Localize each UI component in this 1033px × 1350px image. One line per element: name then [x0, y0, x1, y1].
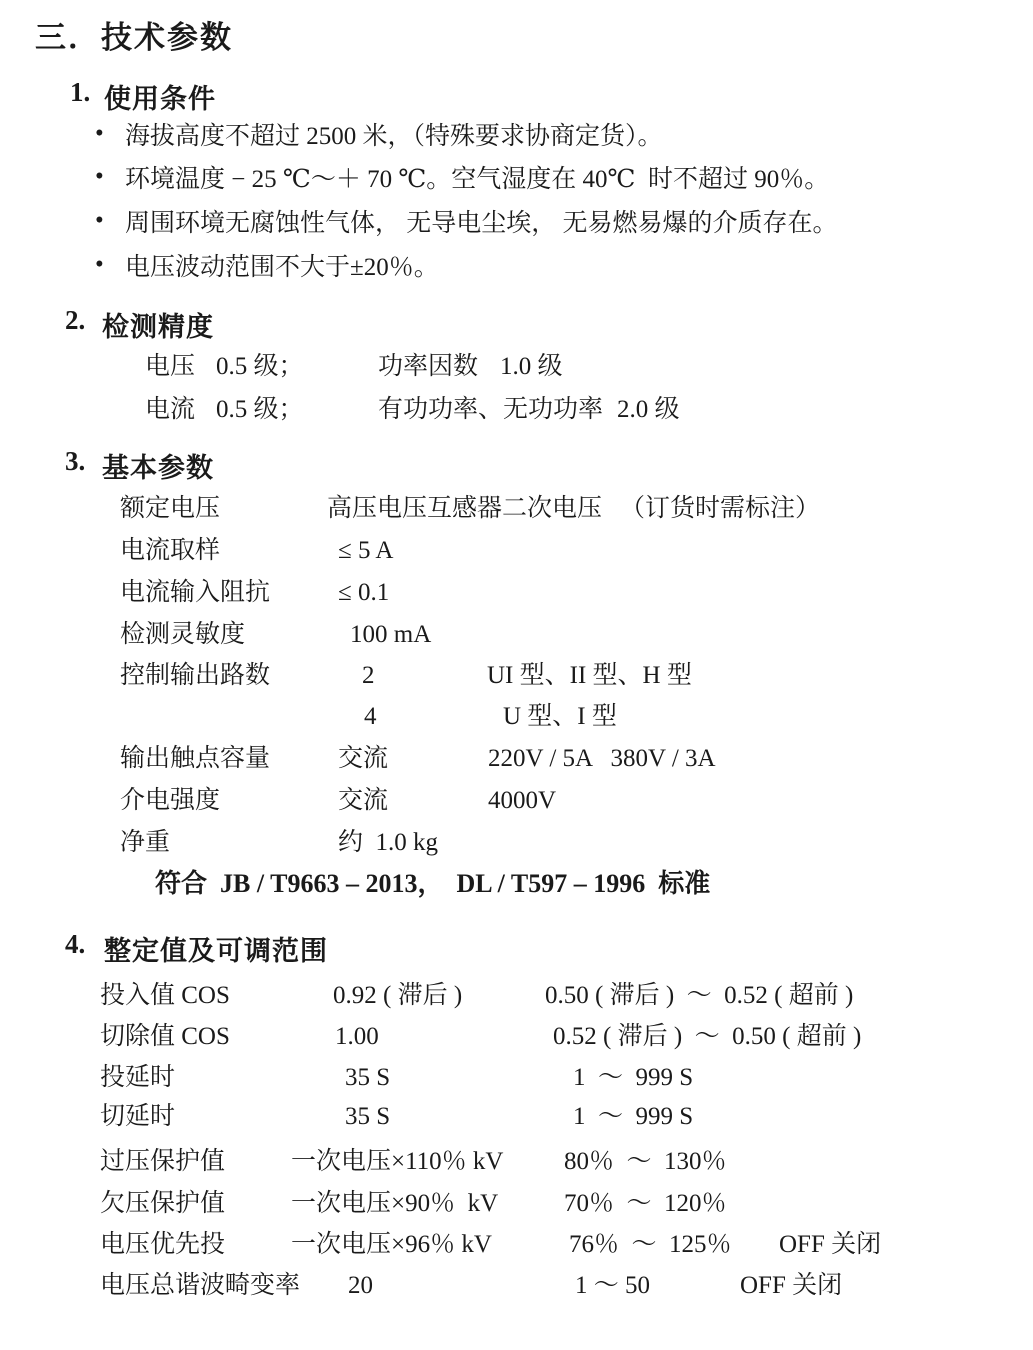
- param-range: 80％ ～ 130％: [564, 1147, 727, 1177]
- section-heading-precision: 2. 检测精度: [0, 305, 1033, 339]
- param-label: 投延时: [100, 1063, 175, 1093]
- bullet-text: 海拔高度不超过 2500 米，（特殊要求协商定货）。: [125, 122, 663, 152]
- param-value: 2.0 级: [617, 395, 680, 425]
- param-value: 0.5 级；: [216, 395, 304, 425]
- table-row: 过压保护值 一次电压×110％ kV 80％ ～ 130％: [0, 1147, 1033, 1183]
- param-value: 0.5 级；: [216, 352, 304, 382]
- param-label: 控制输出路数: [120, 661, 270, 691]
- param-value: 2: [362, 661, 375, 691]
- bullet-item: • 海拔高度不超过 2500 米，（特殊要求协商定货）。: [0, 122, 1033, 158]
- document-page: 三．技术参数 1. 使用条件 • 海拔高度不超过 2500 米，（特殊要求协商定…: [0, 0, 1033, 1350]
- section-title: 整定值及可调范围: [104, 929, 328, 968]
- section-title: 使用条件: [104, 77, 216, 116]
- param-extra: OFF 关闭: [740, 1271, 842, 1301]
- param-value: ≤ 0.1: [338, 578, 389, 608]
- param-label: 功率因数: [378, 352, 478, 382]
- param-label: 检测灵敏度: [120, 620, 245, 650]
- param-extra: OFF 关闭: [779, 1230, 881, 1260]
- bullet-dot-icon: •: [95, 251, 104, 279]
- param-value: 交流: [338, 786, 388, 816]
- table-row: 输出触点容量 交流 220V / 5A 380V / 3A: [0, 744, 1033, 780]
- section-number: 1.: [70, 77, 90, 108]
- param-value: 35 S: [345, 1102, 390, 1132]
- param-value: 交流: [338, 744, 388, 774]
- param-label: 电压总谐波畸变率: [100, 1271, 300, 1301]
- section-heading-usage: 1. 使用条件: [0, 77, 1033, 111]
- param-label: 输出触点容量: [120, 744, 270, 774]
- bullet-dot-icon: •: [95, 163, 104, 191]
- param-value: 4: [364, 702, 377, 732]
- section-number: 2.: [65, 305, 85, 336]
- table-row: 电压 0.5 级； 功率因数 1.0 级: [0, 352, 1033, 388]
- standards-text: 符合 JB / T9663 – 2013， DL / T597 – 1996 标…: [155, 869, 710, 899]
- param-value: ≤ 5 A: [338, 536, 393, 566]
- param-value: 0.92 ( 滞后 ): [333, 981, 462, 1011]
- param-note: UI 型、II 型、H 型: [487, 661, 692, 691]
- param-label: 投入值 COS: [100, 981, 230, 1011]
- param-note: 4000V: [488, 786, 556, 816]
- table-row: 投入值 COS 0.92 ( 滞后 ) 0.50 ( 滞后 ) ～ 0.52 (…: [0, 981, 1033, 1017]
- param-label: 电压: [145, 352, 195, 382]
- param-value: 1.00: [335, 1022, 379, 1052]
- table-row: 电流 0.5 级； 有功功率、无功功率 2.0 级: [0, 395, 1033, 431]
- param-note: 220V / 5A 380V / 3A: [488, 744, 716, 774]
- param-label: 欠压保护值: [100, 1189, 225, 1219]
- param-label: 有功功率、无功功率: [378, 395, 603, 425]
- section-title: 基本参数: [102, 446, 214, 485]
- param-label: 切除值 COS: [100, 1022, 230, 1052]
- param-label: 电流输入阻抗: [120, 578, 270, 608]
- bullet-text: 环境温度 − 25 ℃～＋ 70 ℃。空气湿度在 40℃ 时不超过 90％。: [125, 165, 829, 195]
- param-range: 1 ～ 999 S: [573, 1102, 693, 1132]
- section-heading-basic: 3. 基本参数: [0, 446, 1033, 480]
- param-label: 电压优先投: [100, 1230, 225, 1260]
- param-label: 电流取样: [120, 536, 220, 566]
- param-label: 电流: [145, 395, 195, 425]
- table-row: 切延时 35 S 1 ～ 999 S: [0, 1102, 1033, 1138]
- param-note: U 型、I 型: [503, 702, 617, 732]
- param-range: 1 ～ 999 S: [573, 1063, 693, 1093]
- param-label: 过压保护值: [100, 1147, 225, 1177]
- bullet-text: 周围环境无腐蚀性气体， 无导电尘埃， 无易燃易爆的介质存在。: [125, 209, 838, 239]
- section-heading-settings: 4. 整定值及可调范围: [0, 929, 1033, 963]
- table-row: 介电强度 交流 4000V: [0, 786, 1033, 822]
- section-title: 检测精度: [102, 305, 214, 344]
- bullet-dot-icon: •: [95, 120, 104, 148]
- param-value: 35 S: [345, 1063, 390, 1093]
- table-row: 额定电压 高压电压互感器二次电压 （订货时需标注）: [0, 494, 1033, 530]
- table-row: 电压总谐波畸变率 20 1 ～ 50 OFF 关闭: [0, 1271, 1033, 1307]
- param-label: 介电强度: [120, 786, 220, 816]
- table-row: 净重 约 1.0 kg: [0, 828, 1033, 864]
- table-row: 电压优先投 一次电压×96％ kV 76％ ～ 125％ OFF 关闭: [0, 1230, 1033, 1266]
- page-title: 三．技术参数: [35, 12, 233, 57]
- bullet-item: • 电压波动范围不大于±20％。: [0, 253, 1033, 289]
- table-row: 检测灵敏度 100 mA: [0, 620, 1033, 656]
- section-number: 4.: [65, 929, 85, 960]
- bullet-text: 电压波动范围不大于±20％。: [125, 253, 439, 283]
- param-range: 0.52 ( 滞后 ) ～ 0.50 ( 超前 ): [553, 1022, 861, 1052]
- param-label: 切延时: [100, 1102, 175, 1132]
- param-range: 1 ～ 50: [575, 1271, 650, 1301]
- bullet-item: • 环境温度 − 25 ℃～＋ 70 ℃。空气湿度在 40℃ 时不超过 90％。: [0, 165, 1033, 201]
- bullet-item: • 周围环境无腐蚀性气体， 无导电尘埃， 无易燃易爆的介质存在。: [0, 209, 1033, 245]
- param-note: （订货时需标注）: [620, 494, 820, 524]
- standards-line: 符合 JB / T9663 – 2013， DL / T597 – 1996 标…: [0, 869, 1033, 905]
- section-number: 3.: [65, 446, 85, 477]
- param-value: 高压电压互感器二次电压: [327, 494, 602, 524]
- param-value: 100 mA: [350, 620, 431, 650]
- param-value: 一次电压×90％ kV: [291, 1189, 498, 1219]
- param-value: 约 1.0 kg: [338, 828, 438, 858]
- table-row: 电流取样 ≤ 5 A: [0, 536, 1033, 572]
- param-label: 额定电压: [120, 494, 220, 524]
- table-row: 电流输入阻抗 ≤ 0.1: [0, 578, 1033, 614]
- bullet-dot-icon: •: [95, 207, 104, 235]
- table-row: 4 U 型、I 型: [0, 702, 1033, 738]
- table-row: 切除值 COS 1.00 0.52 ( 滞后 ) ～ 0.50 ( 超前 ): [0, 1022, 1033, 1058]
- param-range: 0.50 ( 滞后 ) ～ 0.52 ( 超前 ): [545, 981, 853, 1011]
- param-value: 一次电压×110％ kV: [291, 1147, 503, 1177]
- param-range: 76％ ～ 125％: [569, 1230, 732, 1260]
- param-value: 1.0 级: [500, 352, 563, 382]
- param-value: 20: [348, 1271, 373, 1301]
- param-label: 净重: [120, 828, 170, 858]
- param-range: 70％ ～ 120％: [564, 1189, 727, 1219]
- table-row: 投延时 35 S 1 ～ 999 S: [0, 1063, 1033, 1099]
- param-value: 一次电压×96％ kV: [291, 1230, 492, 1260]
- table-row: 控制输出路数 2 UI 型、II 型、H 型: [0, 661, 1033, 697]
- table-row: 欠压保护值 一次电压×90％ kV 70％ ～ 120％: [0, 1189, 1033, 1225]
